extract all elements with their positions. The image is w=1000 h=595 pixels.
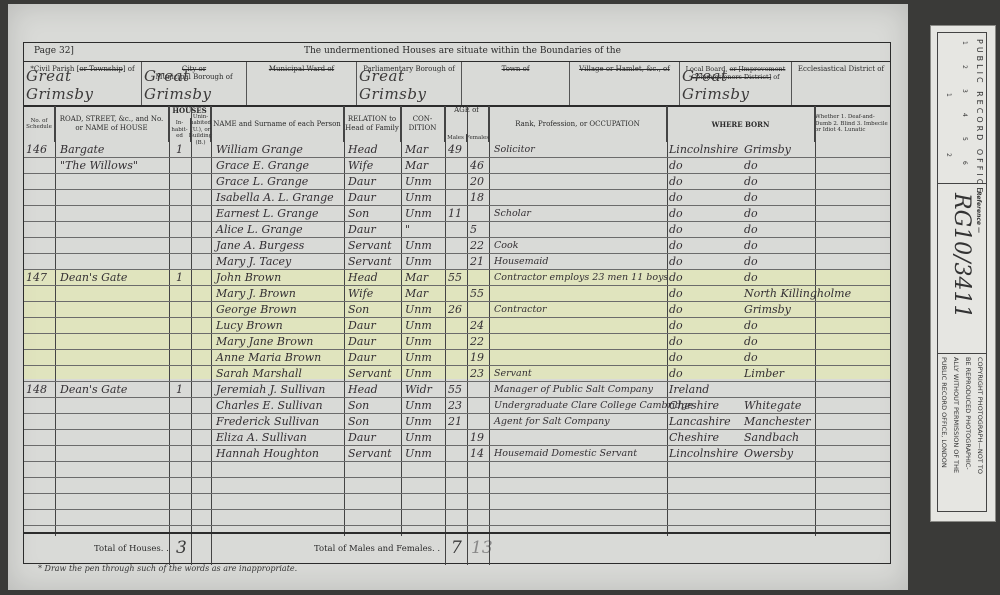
male-age: 55: [448, 270, 462, 286]
born-place: do: [744, 158, 758, 174]
born-county: do: [669, 286, 683, 302]
female-age: 46: [470, 158, 484, 174]
relation: Head: [348, 382, 378, 398]
relation: Son: [348, 398, 369, 414]
table-row: [24, 222, 890, 238]
road-name: Dean's Gate: [60, 270, 127, 286]
male-age: 21: [448, 414, 462, 430]
born-place: Owersby: [744, 446, 793, 462]
born-place: do: [744, 238, 758, 254]
road-name: "The Willows": [60, 158, 138, 174]
col-condition: CON-DITION: [401, 106, 445, 142]
boundaries-title: The undermentioned Houses are situate wi…: [304, 46, 621, 56]
condition: Unm: [405, 238, 432, 254]
relation: Wife: [348, 286, 373, 302]
occupation: Contractor: [494, 302, 547, 318]
condition: Unm: [405, 350, 432, 366]
born-place: do: [744, 174, 758, 190]
condition: Unm: [405, 398, 432, 414]
table-row: [24, 494, 890, 510]
inhabited-count: 1: [176, 382, 183, 398]
person-name: Jeremiah J. Sullivan: [216, 382, 325, 398]
relation: Daur: [348, 318, 376, 334]
born-county: do: [669, 366, 683, 382]
born-county: Lancashire: [669, 414, 731, 430]
person-name: Anne Maria Brown: [216, 350, 321, 366]
col-where-born: WHERE BORN: [667, 106, 815, 142]
person-name: Frederick Sullivan: [216, 414, 319, 430]
condition: Unm: [405, 190, 432, 206]
born-county: do: [669, 206, 683, 222]
born-county: Ireland: [669, 382, 709, 398]
born-county: do: [669, 174, 683, 190]
condition: ": [405, 222, 410, 238]
occupation: Undergraduate Clare College Cambridge: [494, 398, 693, 414]
pro-title: PUBLIC RECORD OFFICE: [975, 39, 984, 195]
born-place: North Killingholme: [744, 286, 851, 302]
born-county: do: [669, 254, 683, 270]
occupation: Housemaid Domestic Servant: [494, 446, 637, 462]
occupation: Cook: [494, 238, 518, 254]
male-age: 11: [448, 206, 462, 222]
total-males-value: 7: [451, 538, 462, 558]
condition: Widr: [405, 382, 432, 398]
condition: Unm: [405, 318, 432, 334]
relation: Daur: [348, 334, 376, 350]
person-name: Jane A. Burgess: [216, 238, 304, 254]
relation: Daur: [348, 430, 376, 446]
born-place: Sandbach: [744, 430, 799, 446]
table-row: [24, 350, 890, 366]
relation: Servant: [348, 446, 392, 462]
born-place: Manchester: [744, 414, 811, 430]
condition: Unm: [405, 430, 432, 446]
col-uninhabited: Unin-habited (U.), or Building (B.): [191, 118, 211, 142]
parliamentary-borough-value: Great Grimsby: [359, 67, 459, 103]
person-name: Earnest L. Grange: [216, 206, 319, 222]
born-county: do: [669, 350, 683, 366]
female-age: 19: [470, 430, 484, 446]
civil-parish-value: Great Grimsby: [26, 67, 139, 103]
female-age: 22: [470, 334, 484, 350]
col-relation: RELATION to Head of Family: [344, 106, 401, 142]
condition: Unm: [405, 334, 432, 350]
person-name: Grace L. Grange: [216, 174, 308, 190]
born-place: do: [744, 270, 758, 286]
relation: Servant: [348, 238, 392, 254]
born-county: Cheshire: [669, 398, 719, 414]
census-form: Page 32] The undermentioned Houses are s…: [23, 42, 891, 564]
born-place: do: [744, 254, 758, 270]
condition: Mar: [405, 158, 428, 174]
occupation: Agent for Salt Company: [494, 414, 610, 430]
inhabited-count: 1: [176, 142, 183, 158]
condition: Unm: [405, 366, 432, 382]
road-name: Dean's Gate: [60, 382, 127, 398]
female-age: 20: [470, 174, 484, 190]
table-row: [24, 462, 890, 478]
town-cell: Town of: [462, 62, 570, 105]
born-county: do: [669, 302, 683, 318]
person-name: Mary J. Brown: [216, 286, 296, 302]
relation: Daur: [348, 190, 376, 206]
page-number: Page 32]: [34, 46, 74, 56]
born-place: do: [744, 318, 758, 334]
col-females: Females: [467, 134, 489, 142]
female-age: 18: [470, 190, 484, 206]
civil-parish-cell: *Civil Parish [or Township] of Great Gri…: [24, 62, 142, 105]
person-name: Eliza A. Sullivan: [216, 430, 307, 446]
condition: Unm: [405, 414, 432, 430]
female-age: 23: [470, 366, 484, 382]
schedule-number: 146: [26, 142, 47, 158]
relation: Son: [348, 206, 369, 222]
condition: Unm: [405, 302, 432, 318]
born-place: Whitegate: [744, 398, 801, 414]
male-age: 23: [448, 398, 462, 414]
female-age: 55: [470, 286, 484, 302]
road-name: Bargate: [60, 142, 104, 158]
female-age: 24: [470, 318, 484, 334]
form-title-row: Page 32] The undermentioned Houses are s…: [24, 43, 890, 62]
ruler: PUBLIC RECORD OFFICE 1 2 3 4 5 6 1 2: [938, 33, 986, 184]
male-age: 26: [448, 302, 462, 318]
copyright-notice: COPYRIGHT PHOTOGRAPH—NOT TO BE REPRODUCE…: [938, 353, 986, 511]
relation: Servant: [348, 366, 392, 382]
born-place: do: [744, 222, 758, 238]
born-place: do: [744, 334, 758, 350]
born-county: do: [669, 334, 683, 350]
table-row: [24, 334, 890, 350]
relation: Head: [348, 270, 378, 286]
born-place: do: [744, 206, 758, 222]
relation: Son: [348, 302, 369, 318]
occupation: Manager of Public Salt Company: [494, 382, 653, 398]
municipal-borough-value: Great Grimsby: [144, 67, 244, 103]
occupation: Servant: [494, 366, 532, 382]
schedule-number: 147: [26, 270, 47, 286]
total-persons-label: Total of Males and Females. .: [314, 544, 440, 554]
local-board-cell: Local Board, or [Improvement Commissione…: [680, 62, 792, 105]
occupation: Solicitor: [494, 142, 535, 158]
reference-number: RG10/3411: [949, 193, 974, 319]
born-county: do: [669, 222, 683, 238]
born-place: Grimsby: [744, 142, 791, 158]
table-row: [24, 158, 890, 174]
condition: Unm: [405, 446, 432, 462]
person-name: Hannah Houghton: [216, 446, 319, 462]
person-name: Grace E. Grange: [216, 158, 309, 174]
occupation: Scholar: [494, 206, 531, 222]
reference-box: Reference — RG10/3411: [938, 183, 986, 354]
born-county: do: [669, 238, 683, 254]
ecclesiastical-district-cell: Ecclesiastical District of: [792, 62, 890, 105]
female-age: 21: [470, 254, 484, 270]
municipal-ward-cell: Municipal Ward of: [247, 62, 357, 105]
born-county: Cheshire: [669, 430, 719, 446]
relation: Daur: [348, 222, 376, 238]
condition: Mar: [405, 270, 428, 286]
table-row: [24, 238, 890, 254]
table-row: [24, 478, 890, 494]
relation: Wife: [348, 158, 373, 174]
born-county: do: [669, 158, 683, 174]
inhabited-count: 1: [176, 270, 183, 286]
boundaries-row: *Civil Parish [or Township] of Great Gri…: [24, 62, 890, 107]
person-name: John Brown: [216, 270, 281, 286]
person-name: George Brown: [216, 302, 297, 318]
condition: Mar: [405, 142, 428, 158]
col-name: NAME and Surname of each Person: [211, 106, 344, 142]
total-houses-value: 3: [176, 538, 187, 558]
person-name: William Grange: [216, 142, 303, 158]
female-age: 22: [470, 238, 484, 254]
totals-row: Total of Houses. . 3 Total of Males and …: [24, 532, 890, 565]
footnote: * Draw the pen through such of the words…: [38, 564, 297, 573]
person-name: Charles E. Sullivan: [216, 398, 323, 414]
person-name: Alice L. Grange: [216, 222, 303, 238]
relation: Head: [348, 142, 378, 158]
born-place: Limber: [744, 366, 784, 382]
condition: Unm: [405, 174, 432, 190]
female-age: 14: [470, 446, 484, 462]
col-males: Males: [445, 134, 467, 142]
reference-label: Reference —: [975, 191, 982, 233]
born-county: do: [669, 318, 683, 334]
occupation: Housemaid: [494, 254, 548, 270]
born-place: Grimsby: [744, 302, 791, 318]
occupation: Contractor employs 23 men 11 boys: [494, 270, 668, 286]
table-row: [24, 510, 890, 526]
relation: Daur: [348, 350, 376, 366]
reference-strip: PUBLIC RECORD OFFICE 1 2 3 4 5 6 1 2 Ref…: [930, 25, 996, 522]
condition: Unm: [405, 206, 432, 222]
relation: Daur: [348, 174, 376, 190]
person-name: Isabella A. L. Grange: [216, 190, 334, 206]
person-name: Mary Jane Brown: [216, 334, 313, 350]
female-age: 19: [470, 350, 484, 366]
male-age: 49: [448, 142, 462, 158]
female-age: 5: [470, 222, 477, 238]
person-name: Sarah Marshall: [216, 366, 302, 382]
table-row: [24, 174, 890, 190]
born-place: do: [744, 350, 758, 366]
municipal-borough-cell: City orMunicipal Borough of Great Grimsb…: [142, 62, 247, 105]
table-row: [24, 190, 890, 206]
total-houses-label: Total of Houses. .: [94, 544, 169, 554]
col-occupation: Rank, Profession, or OCCUPATION: [489, 106, 667, 142]
col-road: ROAD, STREET, &c., and No. or NAME of HO…: [55, 106, 169, 142]
col-schedule: No. of Schedule: [24, 106, 55, 142]
parliamentary-borough-cell: Parliamentary Borough of Great Grimsby: [357, 62, 462, 105]
local-board-value: Great Grimsby: [682, 67, 789, 103]
condition: Mar: [405, 286, 428, 302]
village-cell: Village or Hamlet, &c., of: [570, 62, 680, 105]
col-infirmity: Whether 1. Deaf-and-Dumb 2. Blind 3. Imb…: [815, 106, 890, 142]
born-place: do: [744, 190, 758, 206]
person-name: Lucy Brown: [216, 318, 283, 334]
born-county: do: [669, 270, 683, 286]
born-county: Lincolnshire: [669, 446, 738, 462]
schedule-number: 148: [26, 382, 47, 398]
condition: Unm: [405, 254, 432, 270]
col-inhabited: In-habit-ed: [169, 118, 191, 142]
relation: Son: [348, 414, 369, 430]
born-county: do: [669, 190, 683, 206]
census-page: Page 32] The undermentioned Houses are s…: [8, 4, 908, 590]
born-county: Lincolnshire: [669, 142, 738, 158]
table-row: [24, 318, 890, 334]
table-row: [24, 254, 890, 270]
male-age: 55: [448, 382, 462, 398]
person-name: Mary J. Tacey: [216, 254, 291, 270]
relation: Servant: [348, 254, 392, 270]
